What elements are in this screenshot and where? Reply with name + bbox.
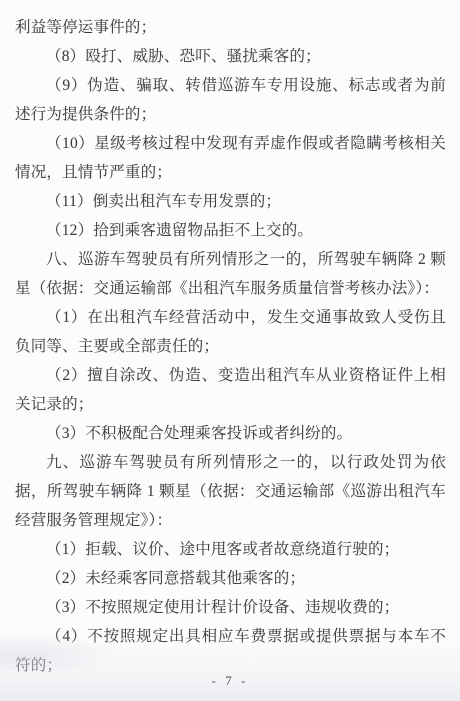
section-8-item-2: （2）擅自涂改、伪造、变造出租汽车从业资格证件上相关记录的； [15,361,446,419]
page-number: - 7 - [0,673,460,689]
list-item-8: （8）殴打、威胁、恐吓、骚扰乘客的； [15,42,446,71]
section-9-item-1: （1）拒载、议价、途中甩客或者故意绕道行驶的； [15,535,446,564]
list-item-9: （9）伪造、骗取、转借巡游车专用设施、标志或者为前述行为提供条件的； [15,71,446,129]
section-9-item-3: （3）不按照规定使用计程计价设备、违规收费的； [15,593,446,622]
section-9-item-4: （4）不按照规定出具相应车费票据或提供票据与本车不符的； [15,622,446,680]
list-item-11: （11）倒卖出租汽车专用发票的； [15,187,446,216]
paragraph-continuation: 利益等停运事件的； [15,13,446,42]
section-8-heading: 八、巡游车驾驶员有所列情形之一的，所驾驶车辆降 2 颗星（依据：交通运输部《出租… [15,245,446,303]
document-body: 利益等停运事件的； （8）殴打、威胁、恐吓、骚扰乘客的； （9）伪造、骗取、转借… [0,0,460,680]
section-8-item-1: （1）在出租汽车经营活动中，发生交通事故致人受伤且负同等、主要或全部责任的； [15,303,446,361]
document-page: 利益等停运事件的； （8）殴打、威胁、恐吓、骚扰乘客的； （9）伪造、骗取、转借… [0,0,460,701]
list-item-12: （12）拾到乘客遗留物品拒不上交的。 [15,216,446,245]
section-9-item-2: （2）未经乘客同意搭载其他乘客的； [15,564,446,593]
section-8-item-3: （3）不积极配合处理乘客投诉或者纠纷的。 [15,419,446,448]
list-item-10: （10）星级考核过程中发现有弄虚作假或者隐瞒考核相关情况，且情节严重的； [15,129,446,187]
section-9-heading: 九、巡游车驾驶员有所列情形之一的，以行政处罚为依据，所驾驶车辆降 1 颗星（依据… [15,448,446,535]
